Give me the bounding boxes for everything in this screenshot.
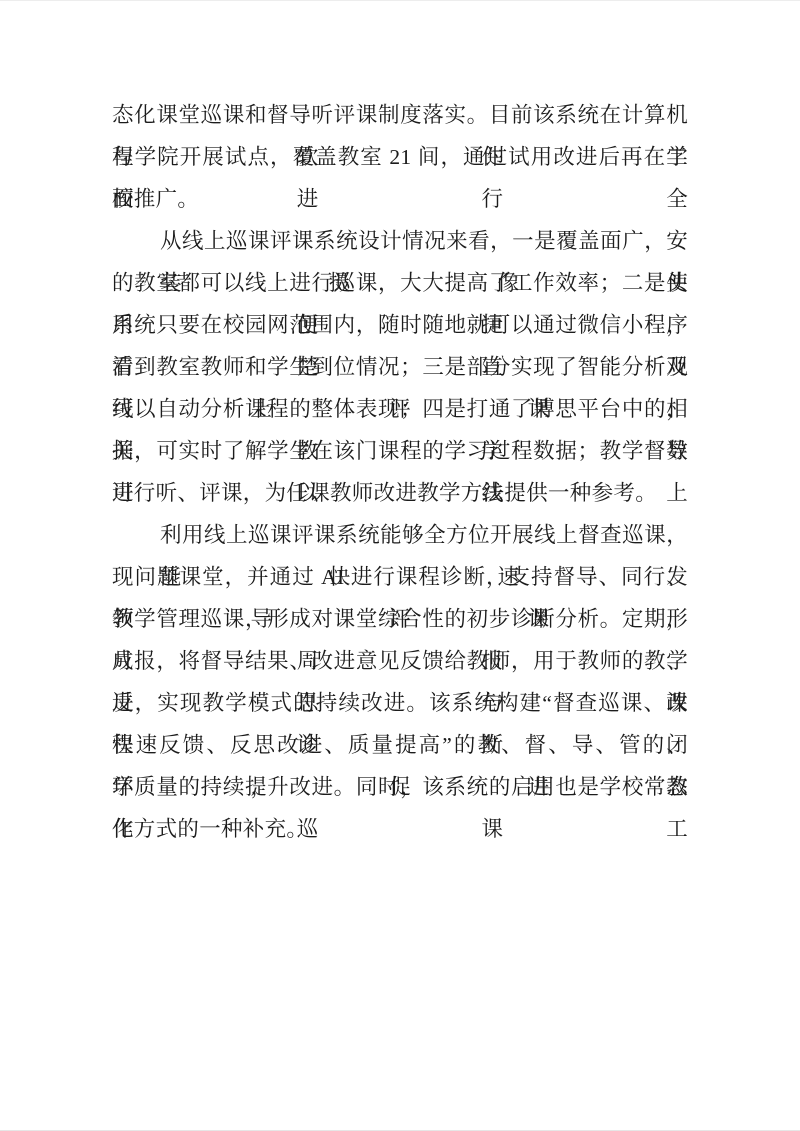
text-line: 进，实现教学模式的持续改进。该系统构建“督查巡课、课程诊断、: [112, 682, 688, 724]
text-line: 现问题课堂，并通过 AI 进行课程诊断，支持督导、同行、领导评课，: [112, 556, 688, 598]
text-line: 教学管理巡课，形成对课堂综合性的初步诊断分析。定期形成周报、: [112, 598, 688, 640]
text-line: 可以自动分析课程的整体表现；四是打通了博思平台中的相关教学数: [112, 388, 688, 430]
text-line: 的教室都可以线上进行巡课，大大提高了工作效率；二是使用便捷，: [112, 262, 688, 304]
paragraph-1: 态化课堂巡课和督导听评课制度落实。目前该系统在计算机与软件工程学院开展试点，覆盖…: [112, 94, 688, 220]
text-line: 学质量的持续提升改进。同时，该系统的启用也是学校常态化巡课工: [112, 766, 688, 808]
document-page: 态化课堂巡课和督导听评课制度落实。目前该系统在计算机与软件工程学院开展试点，覆盖…: [0, 1, 800, 1131]
text-line: 从线上巡课评课系统设计情况来看，一是覆盖面广，安装摄像头: [112, 220, 688, 262]
text-line: 程学院开展试点，覆盖教室 21 间，通过试用改进后再在学校进行全: [112, 136, 688, 178]
text-line: 利用线上巡课评课系统能够全方位开展线上督查巡课，能快速发: [112, 514, 688, 556]
text-line: 系统只要在校园网范围内，随时随地就可以通过微信小程序清楚直观: [112, 304, 688, 346]
text-line: 态化课堂巡课和督导听评课制度落实。目前该系统在计算机与软件工: [112, 94, 688, 136]
text-line: 月报，将督导结果、改进意见反馈给教师，用于教师的教学反思与改: [112, 640, 688, 682]
text-line: 进行听、评课，为任课教师改进教学方法提供一种参考。: [112, 472, 688, 514]
text-line: 快速反馈、反思改进、质量提高”的教、督、导、管的闭环，促进教: [112, 724, 688, 766]
text-line: 看到教室教师和学生到位情况；三是部分实现了智能分析及线上评课，: [112, 346, 688, 388]
text-line: 据，可实时了解学生在该门课程的学习过程数据；教学督导可以线上: [112, 430, 688, 472]
paragraph-3: 利用线上巡课评课系统能够全方位开展线上督查巡课，能快速发现问题课堂，并通过 AI…: [112, 514, 688, 850]
document-body: 态化课堂巡课和督导听评课制度落实。目前该系统在计算机与软件工程学院开展试点，覆盖…: [112, 94, 688, 850]
paragraph-2: 从线上巡课评课系统设计情况来看，一是覆盖面广，安装摄像头的教室都可以线上进行巡课…: [112, 220, 688, 514]
